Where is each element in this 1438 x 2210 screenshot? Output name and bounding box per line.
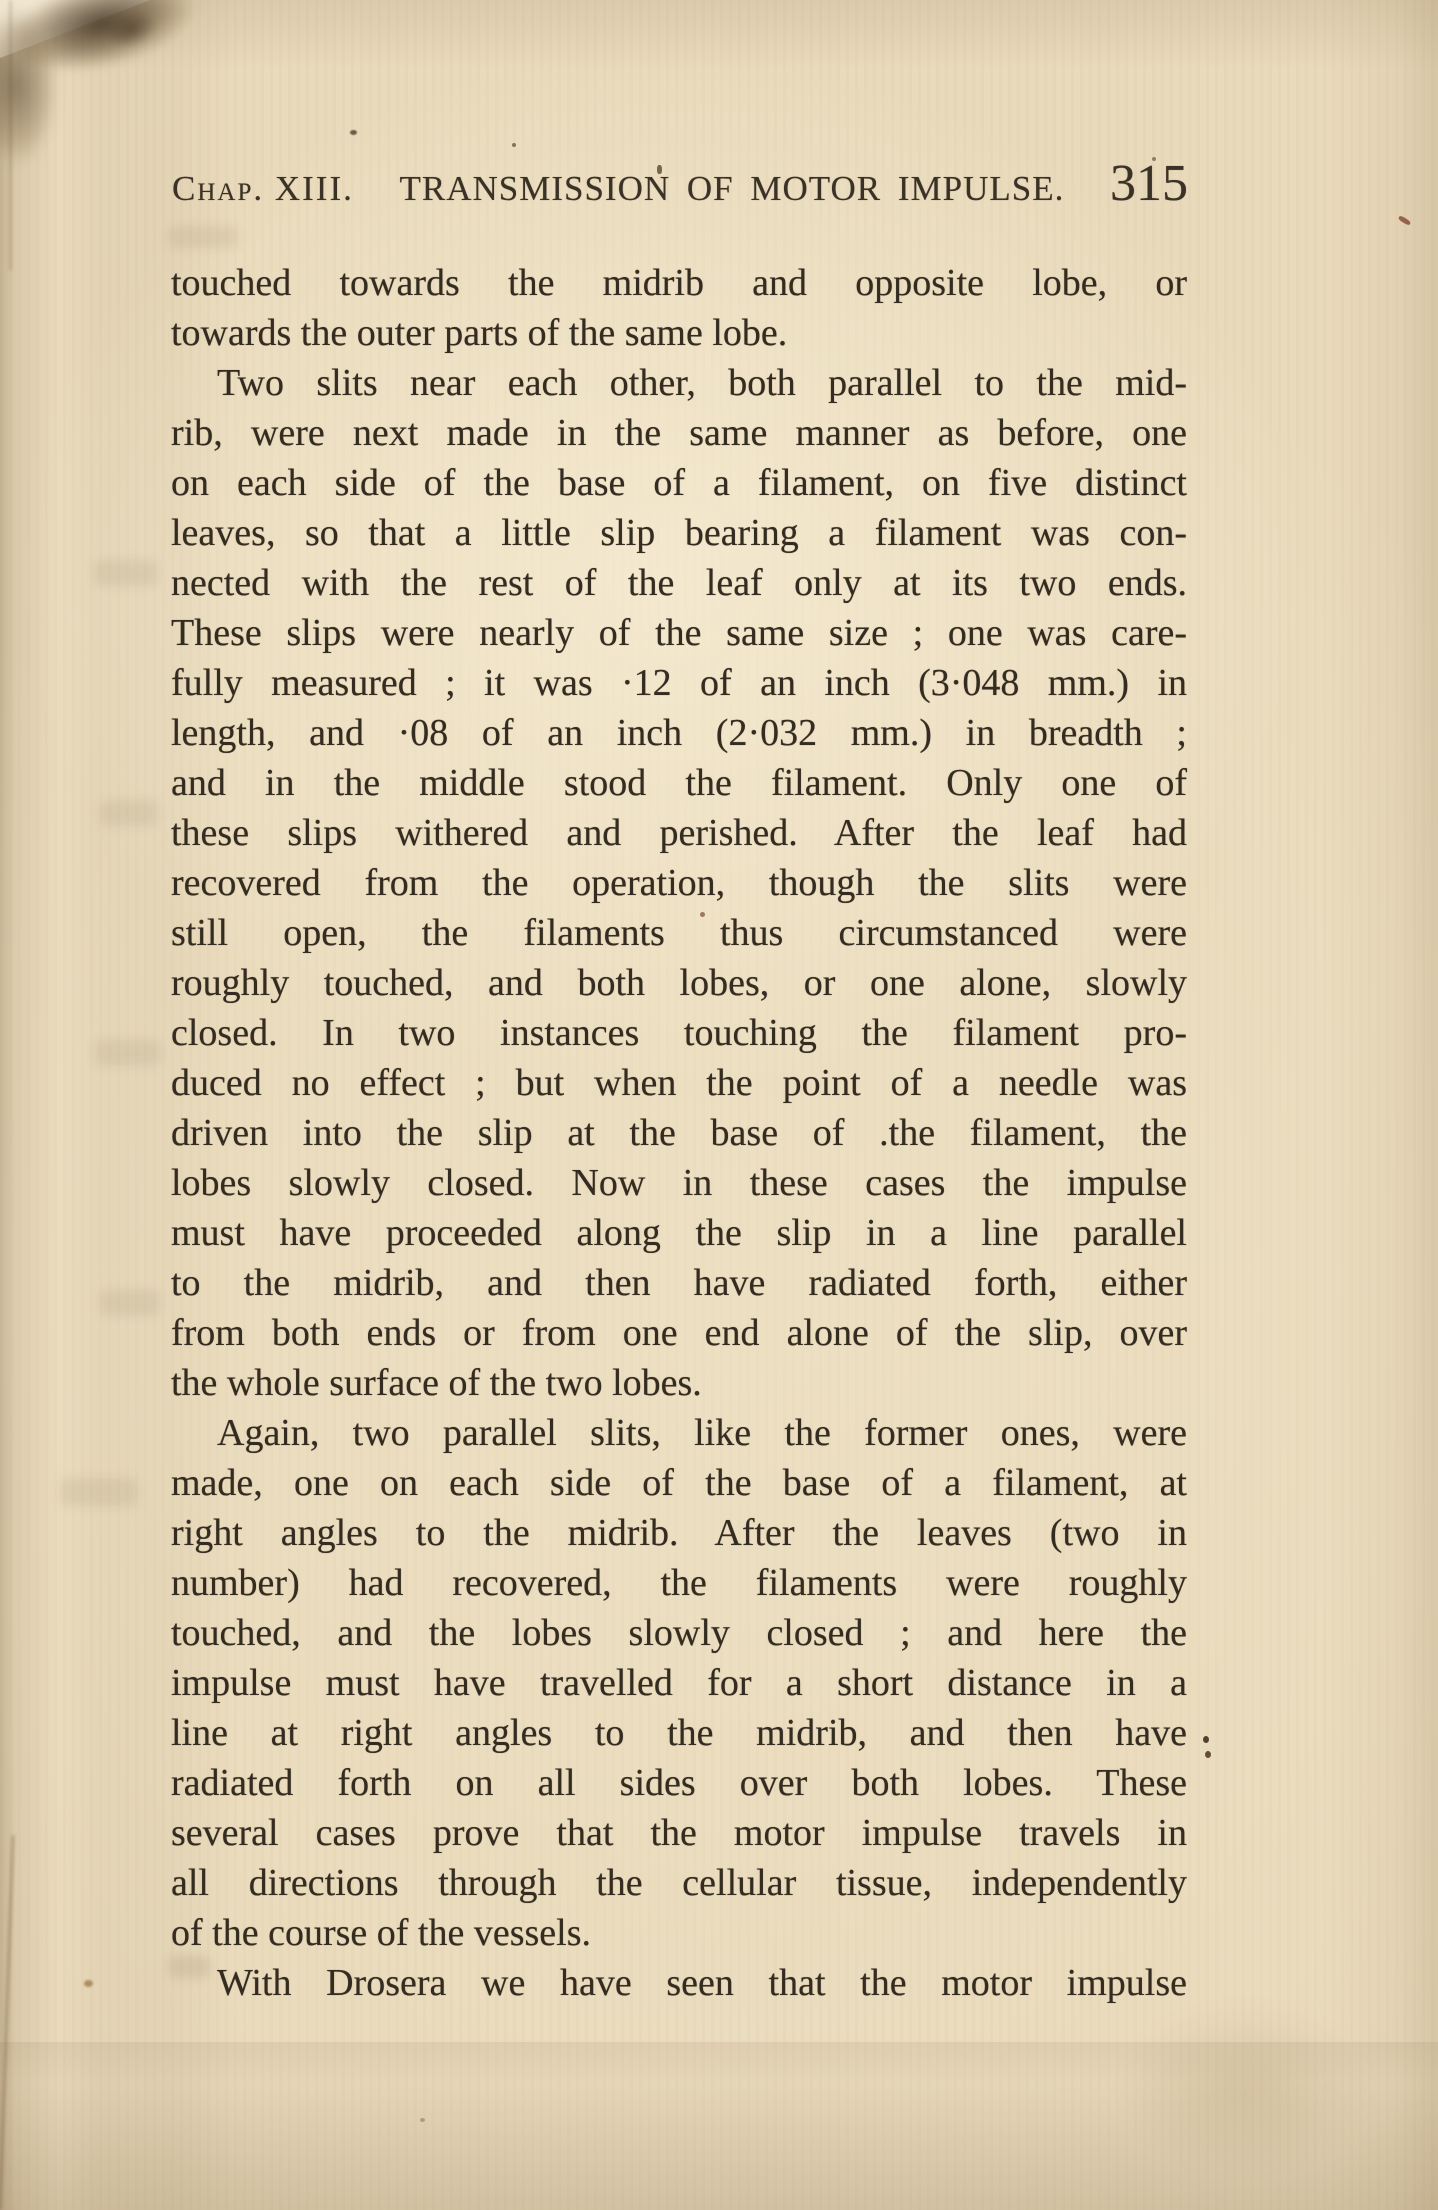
showthrough-mark [60, 1478, 138, 1506]
text-line: line at right angles to the midrib, and … [171, 1708, 1187, 1758]
text-line: Two slits near each other, both parallel… [171, 358, 1187, 408]
ink-speck [350, 130, 357, 135]
text-block: touched towards the midrib and opposite … [171, 258, 1187, 2008]
text-line: of the course of the vessels. [171, 1908, 1187, 1958]
text-line: length, and ·08 of an inch (2·032 mm.) i… [171, 708, 1187, 758]
chapter-label: Chap. XIII. [172, 171, 354, 206]
text-line: closed. In two instances touching the fi… [171, 1008, 1187, 1058]
text-line: rib, were next made in the same manner a… [171, 408, 1187, 458]
ink-speck [512, 143, 516, 147]
text-line: all directions through the cellular tiss… [171, 1858, 1187, 1908]
page-corner-fold [0, 0, 160, 70]
text-line: driven into the slip at the base of .the… [171, 1108, 1187, 1158]
text-line: number) had recovered, the filaments wer… [171, 1558, 1187, 1608]
text-line: on each side of the base of a filament, … [171, 458, 1187, 508]
showthrough-mark [95, 1040, 161, 1066]
text-line: must have proceeded along the slip in a … [171, 1208, 1187, 1258]
ink-speck-red [1398, 215, 1412, 226]
text-line: radiated forth on all sides over both lo… [171, 1758, 1187, 1808]
text-line: towards the outer parts of the same lobe… [171, 308, 1187, 358]
running-title: TRANSMISSION OF MOTOR IMPULSE. [399, 171, 1064, 206]
text-line: touched, and the lobes slowly closed ; a… [171, 1608, 1187, 1658]
text-line: leaves, so that a little slip bearing a … [171, 508, 1187, 558]
text-line: lobes slowly closed. Now in these cases … [171, 1158, 1187, 1208]
text-line: right angles to the midrib. After the le… [171, 1508, 1187, 1558]
text-line: These slips were nearly of the same size… [171, 608, 1187, 658]
text-line: from both ends or from one end alone of … [171, 1308, 1187, 1358]
text-line: With Drosera we have seen that the motor… [171, 1958, 1187, 2008]
page-edge-crease-top [9, 0, 12, 270]
text-line: touched towards the midrib and opposite … [171, 258, 1187, 308]
running-header: Chap. XIII. TRANSMISSION OF MOTOR IMPULS… [172, 158, 1188, 210]
book-page: Chap. XIII. TRANSMISSION OF MOTOR IMPULS… [0, 0, 1438, 2210]
text-line: and in the middle stood the filament. On… [171, 758, 1187, 808]
showthrough-mark [100, 1290, 160, 1316]
text-line: still open, the filaments thus circumsta… [171, 908, 1187, 958]
showthrough-mark [168, 226, 238, 248]
text-line: several cases prove that the motor impul… [171, 1808, 1187, 1858]
text-line: these slips withered and perished. After… [171, 808, 1187, 858]
text-line: nected with the rest of the leaf only at… [171, 558, 1187, 608]
text-line: to the midrib, and then have radiated fo… [171, 1258, 1187, 1308]
page-number: 315 [1110, 158, 1188, 210]
paper-speck [84, 1980, 93, 1987]
text-line: fully measured ; it was ·12 of an inch (… [171, 658, 1187, 708]
text-line: roughly touched, and both lobes, or one … [171, 958, 1187, 1008]
text-line: duced no effect ; but when the point of … [171, 1058, 1187, 1108]
showthrough-mark [100, 800, 158, 826]
ink-mark-colon [1203, 1736, 1209, 1743]
text-line: the whole surface of the two lobes. [171, 1358, 1187, 1408]
text-line: recovered from the operation, though the… [171, 858, 1187, 908]
showthrough-mark [94, 560, 158, 586]
text-line: impulse must have travelled for a short … [171, 1658, 1187, 1708]
bottom-right-smudge [1075, 1975, 1415, 2200]
text-line: Again, two parallel slits, like the form… [171, 1408, 1187, 1458]
text-line: made, one on each side of the base of a … [171, 1458, 1187, 1508]
